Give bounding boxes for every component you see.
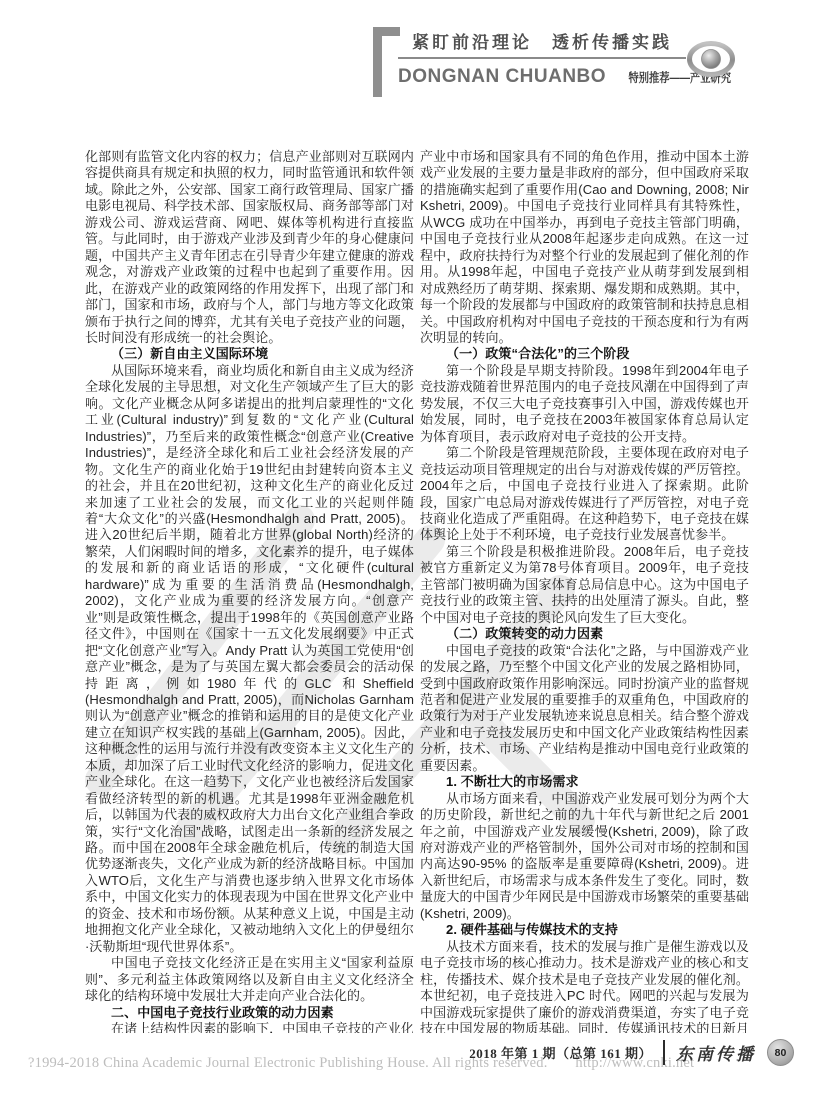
section-heading: 1. 不断壮大的市场需求 xyxy=(420,774,749,790)
text-column-left: 化部则有监管文化内容的权力；信息产业部则对互联网内容提供商具有规定和执照的权力，… xyxy=(85,149,414,1033)
body-paragraph: 第三个阶段是积极推进阶段。2008年后，电子竞技被官方重新定义为第78号体育项目… xyxy=(420,544,749,626)
body-paragraph: 中国电子竞技的政策“合法化”之路，与中国游戏产业的发展之路，乃至整个中国文化产业… xyxy=(420,643,749,775)
journal-name-latin: DONGNAN CHUANBO xyxy=(398,66,606,88)
footer-issue-line: 2018 年第 1 期（总第 161 期） 东南传播 80 xyxy=(469,1039,794,1066)
body-paragraph: 从国际环境来看，商业均质化和新自由主义成为经济全球化发展的主导思想，对文化生产领… xyxy=(85,363,414,955)
corner-bracket-decoration xyxy=(373,27,400,97)
section-heading: （三）新自由主义国际环境 xyxy=(85,346,414,362)
body-paragraph: 第二个阶段是管理规范阶段，主要体现在政府对电子竞技运动项目管理规定的出台与对游戏… xyxy=(420,445,749,544)
section-heading: （二）政策转变的动力因素 xyxy=(420,626,749,642)
section-heading: 2. 硬件基础与传媒技术的支持 xyxy=(420,922,749,938)
page-header: 紧盯前沿理论 透析传播实践 DONGNAN CHUANBO 特别推荐——产业研究 xyxy=(398,28,686,88)
body-paragraph: 第一个阶段是早期支持阶段。1998年到2004年电子竞技游戏随着世界范围内的电子… xyxy=(420,363,749,445)
page-number-badge: 80 xyxy=(767,1039,794,1066)
issue-info: 2018 年第 1 期（总第 161 期） xyxy=(469,1043,652,1062)
text-column-right: 产业中市场和国家具有不同的角色作用，推动中国本土游戏产业发展的主要力量是非政府的… xyxy=(420,149,749,1033)
body-paragraph: 在诸上结构性因素的影响下，中国电子竞技的产业化发展与政府的支持程度息息相关。有学… xyxy=(85,1021,414,1033)
body-paragraph: 从市场方面来看，中国游戏产业发展可划分为两个大的历史阶段，新世纪之前的九十年代与… xyxy=(420,791,749,923)
footer-divider xyxy=(663,1040,665,1065)
journal-slogan: 紧盯前沿理论 透析传播实践 xyxy=(398,28,686,53)
body-paragraph: 中国电子竞技文化经济正是在实用主义“国家利益原则”、多元利益主体政策网络以及新自… xyxy=(85,955,414,1004)
section-heading: 二、中国电子竞技行业政策的动力因素 xyxy=(85,1005,414,1021)
body-paragraph: 从技术方面来看，技术的发展与推广是催生游戏以及电子竞技市场的核心推动力。技术是游… xyxy=(420,939,749,1033)
header-rule xyxy=(398,57,686,59)
eye-logo xyxy=(687,40,735,78)
journal-page: 紧盯前沿理论 透析传播实践 DONGNAN CHUANBO 特别推荐——产业研究… xyxy=(0,0,816,1099)
journal-name-script: 东南传播 xyxy=(676,1040,756,1065)
section-heading: （一）政策“合法化”的三个阶段 xyxy=(420,346,749,362)
body-paragraph: 产业中市场和国家具有不同的角色作用，推动中国本土游戏产业发展的主要力量是非政府的… xyxy=(420,149,749,346)
body-paragraph: 化部则有监管文化内容的权力；信息产业部则对互联网内容提供商具有规定和执照的权力，… xyxy=(85,149,414,346)
